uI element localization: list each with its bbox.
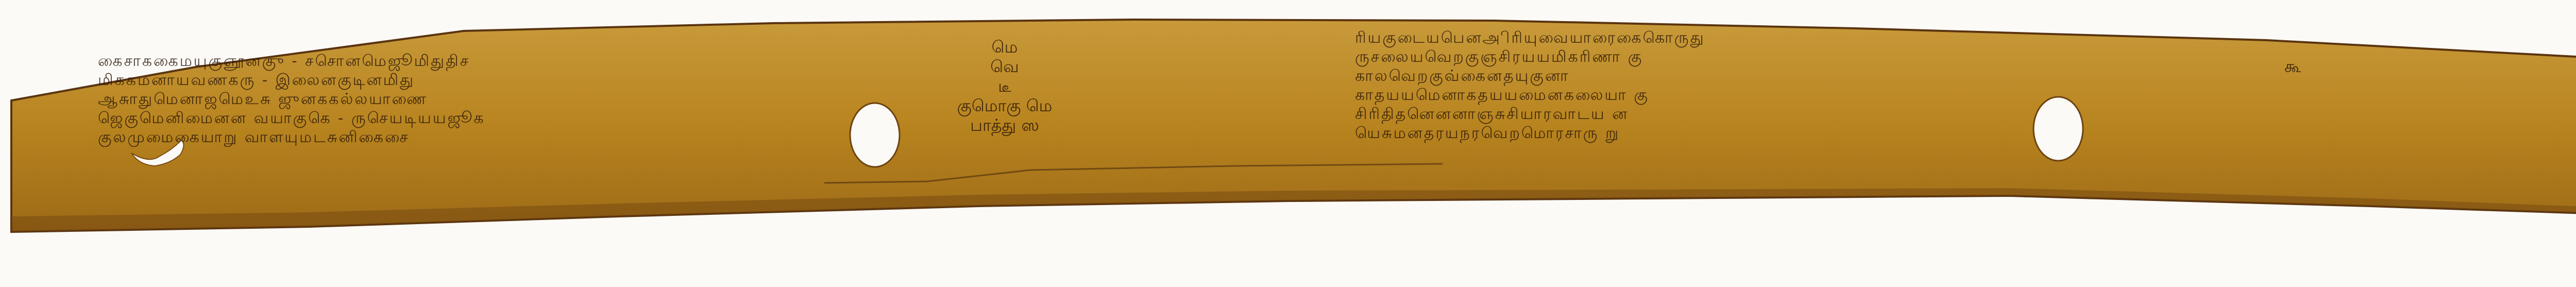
text-line: ரியகுடையபெனஅிரியுவையாரைகைகொருது [1355,28,1705,47]
middle-column: மெ வெ டீ குமொகு மெ பாத்து ஸ [948,37,1061,135]
text-line: ருசலையவெறகுஞசிரயயமிகரிணா கு [1355,47,1705,66]
margin-note-glyph: கூ [2277,57,2308,76]
column-glyph: டீ [948,76,1061,96]
text-line: யெசுமனதரயநரவெறமொரசாரு று [1355,124,1705,143]
text-line: ஜெகுமெனிமைனன வயாகுகெ - ருசெயடியயஜூக [98,109,485,128]
column-glyph: குமொகு மெ [948,96,1061,115]
margin-note: கூ [2277,57,2308,76]
column-glyph: மெ [948,37,1061,57]
binding-hole-right [2033,97,2083,161]
right-text-block: ரியகுடையபெனஅிரியுவையாரைகைகொருது ருசலையவெ… [1355,28,1705,143]
column-glyph: வெ [948,57,1061,76]
binding-hole-left [850,103,900,167]
column-glyph: பாத்து ஸ [948,115,1061,135]
text-line: காலவெறகுவ்கைனதயுகுனா [1355,66,1705,86]
text-line: குலமுமைகையாறு வாளயுமடசுனிகைசை [98,128,485,147]
text-line: ஆசுாதுமெனாஜமெஉசு ஜுனககல்லயாணை [98,90,485,109]
manuscript-photo: கைசாககைமயுகுஞூனகுு - சசொனமெஜூமிதுதிச மிக… [0,0,2576,287]
left-text-block: கைசாககைமயுகுஞூனகுு - சசொனமெஜூமிதுதிச மிக… [98,52,485,147]
text-line: மிககமனாயவணகரு - இலைனகுடினமிது [98,71,485,90]
text-line: கைசாககைமயுகுஞூனகுு - சசொனமெஜூமிதுதிச [98,52,485,71]
text-line: காதயயமெனாகதயயமைனகலையா கு [1355,86,1705,105]
text-line: சிரிதிதனெனனாஞசுசியாரவாடய ன [1355,105,1705,124]
